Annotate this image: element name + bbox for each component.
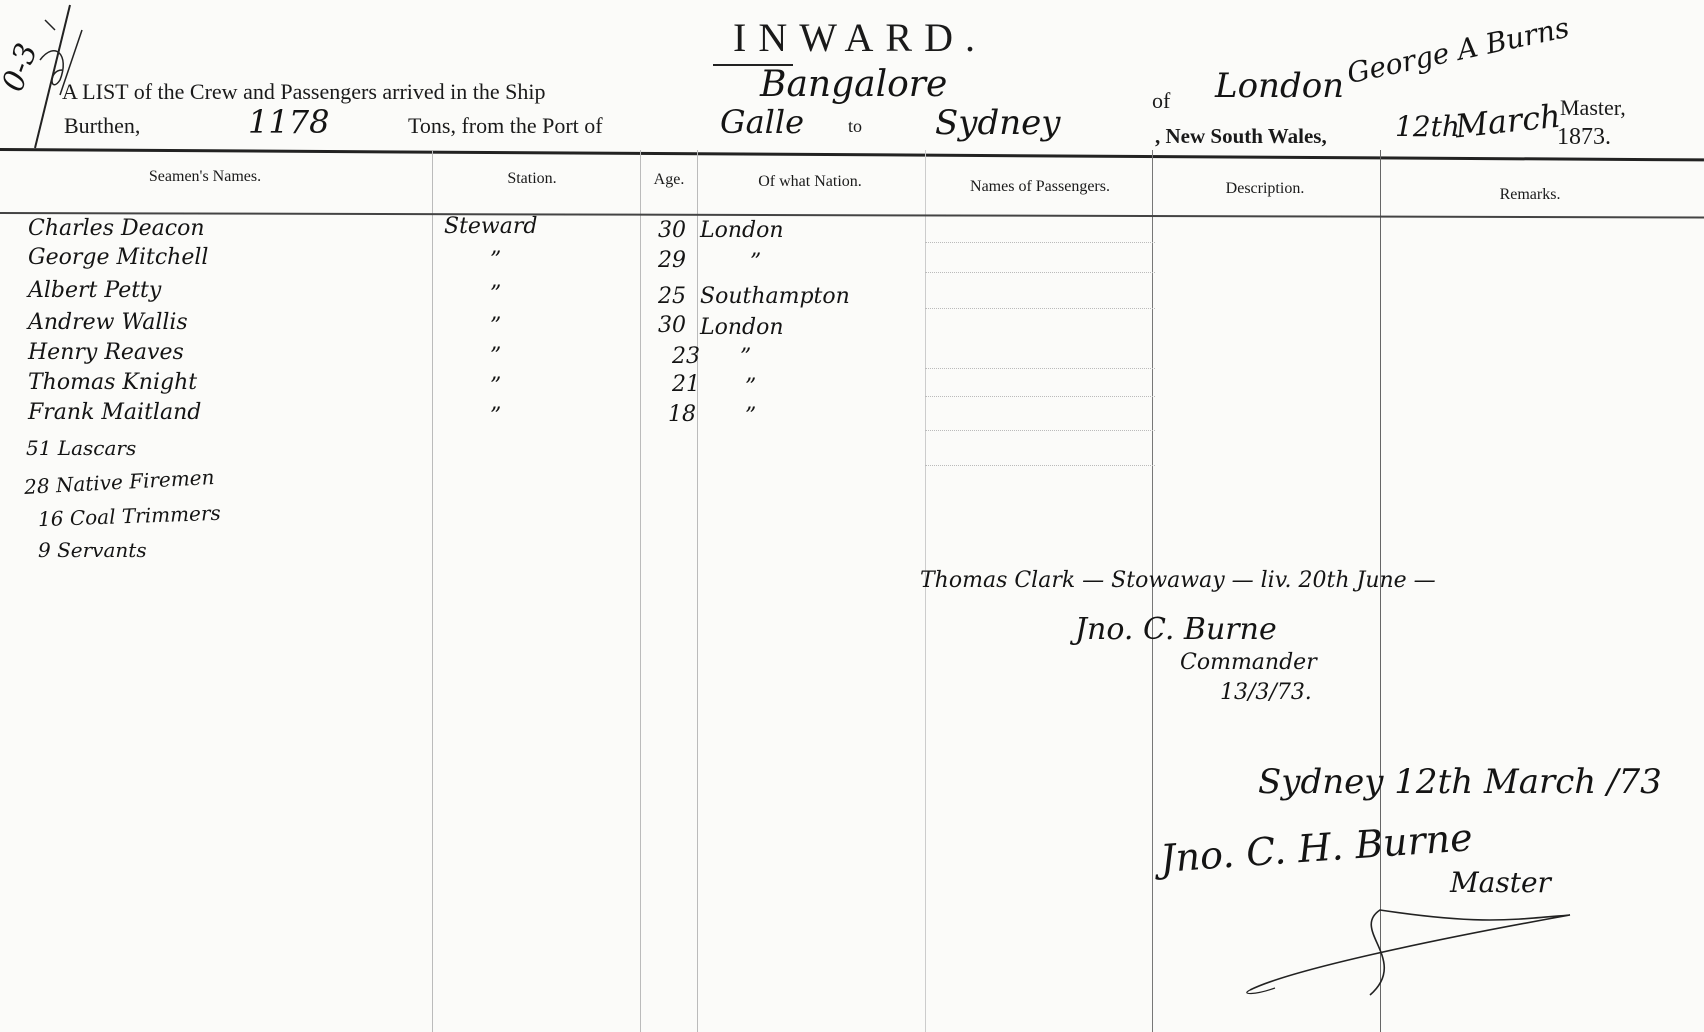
colony-label: , New South Wales, <box>1155 124 1327 149</box>
header-rule <box>0 148 1704 161</box>
column-header-remarks: Remarks. <box>1400 186 1660 204</box>
seaman-station: ” <box>490 248 501 273</box>
arrival-month: March <box>1453 97 1562 146</box>
burthen-label: Burthen, <box>64 113 140 139</box>
seaman-station: ” <box>490 374 501 399</box>
master-title: Master <box>1450 866 1551 899</box>
column-header-seamens-names: Seamen's Names. <box>80 168 330 186</box>
seaman-nation: ” <box>745 375 756 400</box>
seaman-name: Charles Deacon <box>28 216 204 241</box>
ruled-line <box>925 368 1155 369</box>
master-signature: Jno. C. H. Burne <box>1159 815 1474 881</box>
to-label: to <box>848 116 862 137</box>
ruled-line <box>925 272 1155 273</box>
column-header-rule <box>0 212 1704 218</box>
seaman-name: Andrew Wallis <box>28 310 188 335</box>
master-name: George A Burns <box>1344 11 1572 90</box>
certification-place-date: Sydney 12th March /73 <box>1258 762 1662 802</box>
crew-total-item: 28 Native Firemen <box>24 465 216 499</box>
seaman-age: 30 <box>658 313 686 338</box>
seaman-age: 21 <box>672 372 700 397</box>
departure-port: Galle <box>720 103 804 141</box>
arrival-day: 12th <box>1395 110 1460 143</box>
seaman-name: Frank Maitland <box>28 400 201 425</box>
crew-total-item: 51 Lascars <box>26 436 136 460</box>
seaman-nation: ” <box>750 250 761 275</box>
tons-from-port-label: Tons, from the Port of <box>408 113 603 139</box>
ruled-line <box>925 308 1155 309</box>
col-divider-nation <box>697 150 698 1032</box>
signature-flourish <box>1230 900 1590 1010</box>
seaman-station: ” <box>490 404 501 429</box>
commander-signature: Jno. C. Burne <box>1075 612 1277 647</box>
port-of-registry: London <box>1215 66 1344 106</box>
ship-name: Bangalore <box>760 64 947 105</box>
seaman-name: Henry Reaves <box>28 340 184 365</box>
column-header-station: Station. <box>452 170 612 188</box>
seaman-age: 18 <box>668 402 696 427</box>
of-label: of <box>1152 88 1170 114</box>
seaman-age: 23 <box>672 344 700 369</box>
seaman-station: ” <box>490 314 501 339</box>
seaman-station: ” <box>490 282 501 307</box>
seaman-nation: London <box>700 315 784 340</box>
commander-title: Commander <box>1180 650 1317 675</box>
seaman-nation: Southampton <box>700 284 850 309</box>
document-heading: INWARD. <box>733 14 987 61</box>
column-header-age: Age. <box>643 171 695 189</box>
seaman-age: 30 <box>658 218 686 243</box>
ruled-line <box>925 396 1155 397</box>
seaman-name: Thomas Knight <box>28 370 197 395</box>
master-label: Master, <box>1560 95 1626 121</box>
tonnage: 1178 <box>248 103 329 141</box>
crew-total-item: 16 Coal Trimmers <box>38 501 221 531</box>
seaman-name: Albert Petty <box>28 278 161 303</box>
column-header-passenger-names: Names of Passengers. <box>935 178 1145 196</box>
list-intro-text: A LIST of the Crew and Passengers arrive… <box>62 79 546 105</box>
column-header-nation: Of what Nation. <box>720 173 900 191</box>
col-divider-age <box>640 150 641 1032</box>
seaman-nation: ” <box>745 404 756 429</box>
seaman-age: 29 <box>658 248 686 273</box>
col-divider-station <box>432 150 433 1032</box>
seaman-nation: London <box>700 218 784 243</box>
commander-date: 13/3/73. <box>1220 680 1312 705</box>
stowaway-note: Thomas Clark — Stowaway — liv. 20th June… <box>920 568 1436 593</box>
seaman-age: 25 <box>658 284 686 309</box>
seaman-station: ” <box>490 344 501 369</box>
seaman-station: Steward <box>444 214 537 239</box>
arrival-year: 1873. <box>1557 124 1611 151</box>
ruled-line <box>925 430 1155 431</box>
column-header-description: Description. <box>1160 180 1370 198</box>
arrival-port: Sydney <box>935 103 1061 143</box>
crew-total-item: 9 Servants <box>38 538 147 562</box>
ruled-line <box>925 242 1155 243</box>
seaman-name: George Mitchell <box>28 245 208 270</box>
seaman-nation: ” <box>740 345 751 370</box>
ruled-line <box>925 465 1155 466</box>
